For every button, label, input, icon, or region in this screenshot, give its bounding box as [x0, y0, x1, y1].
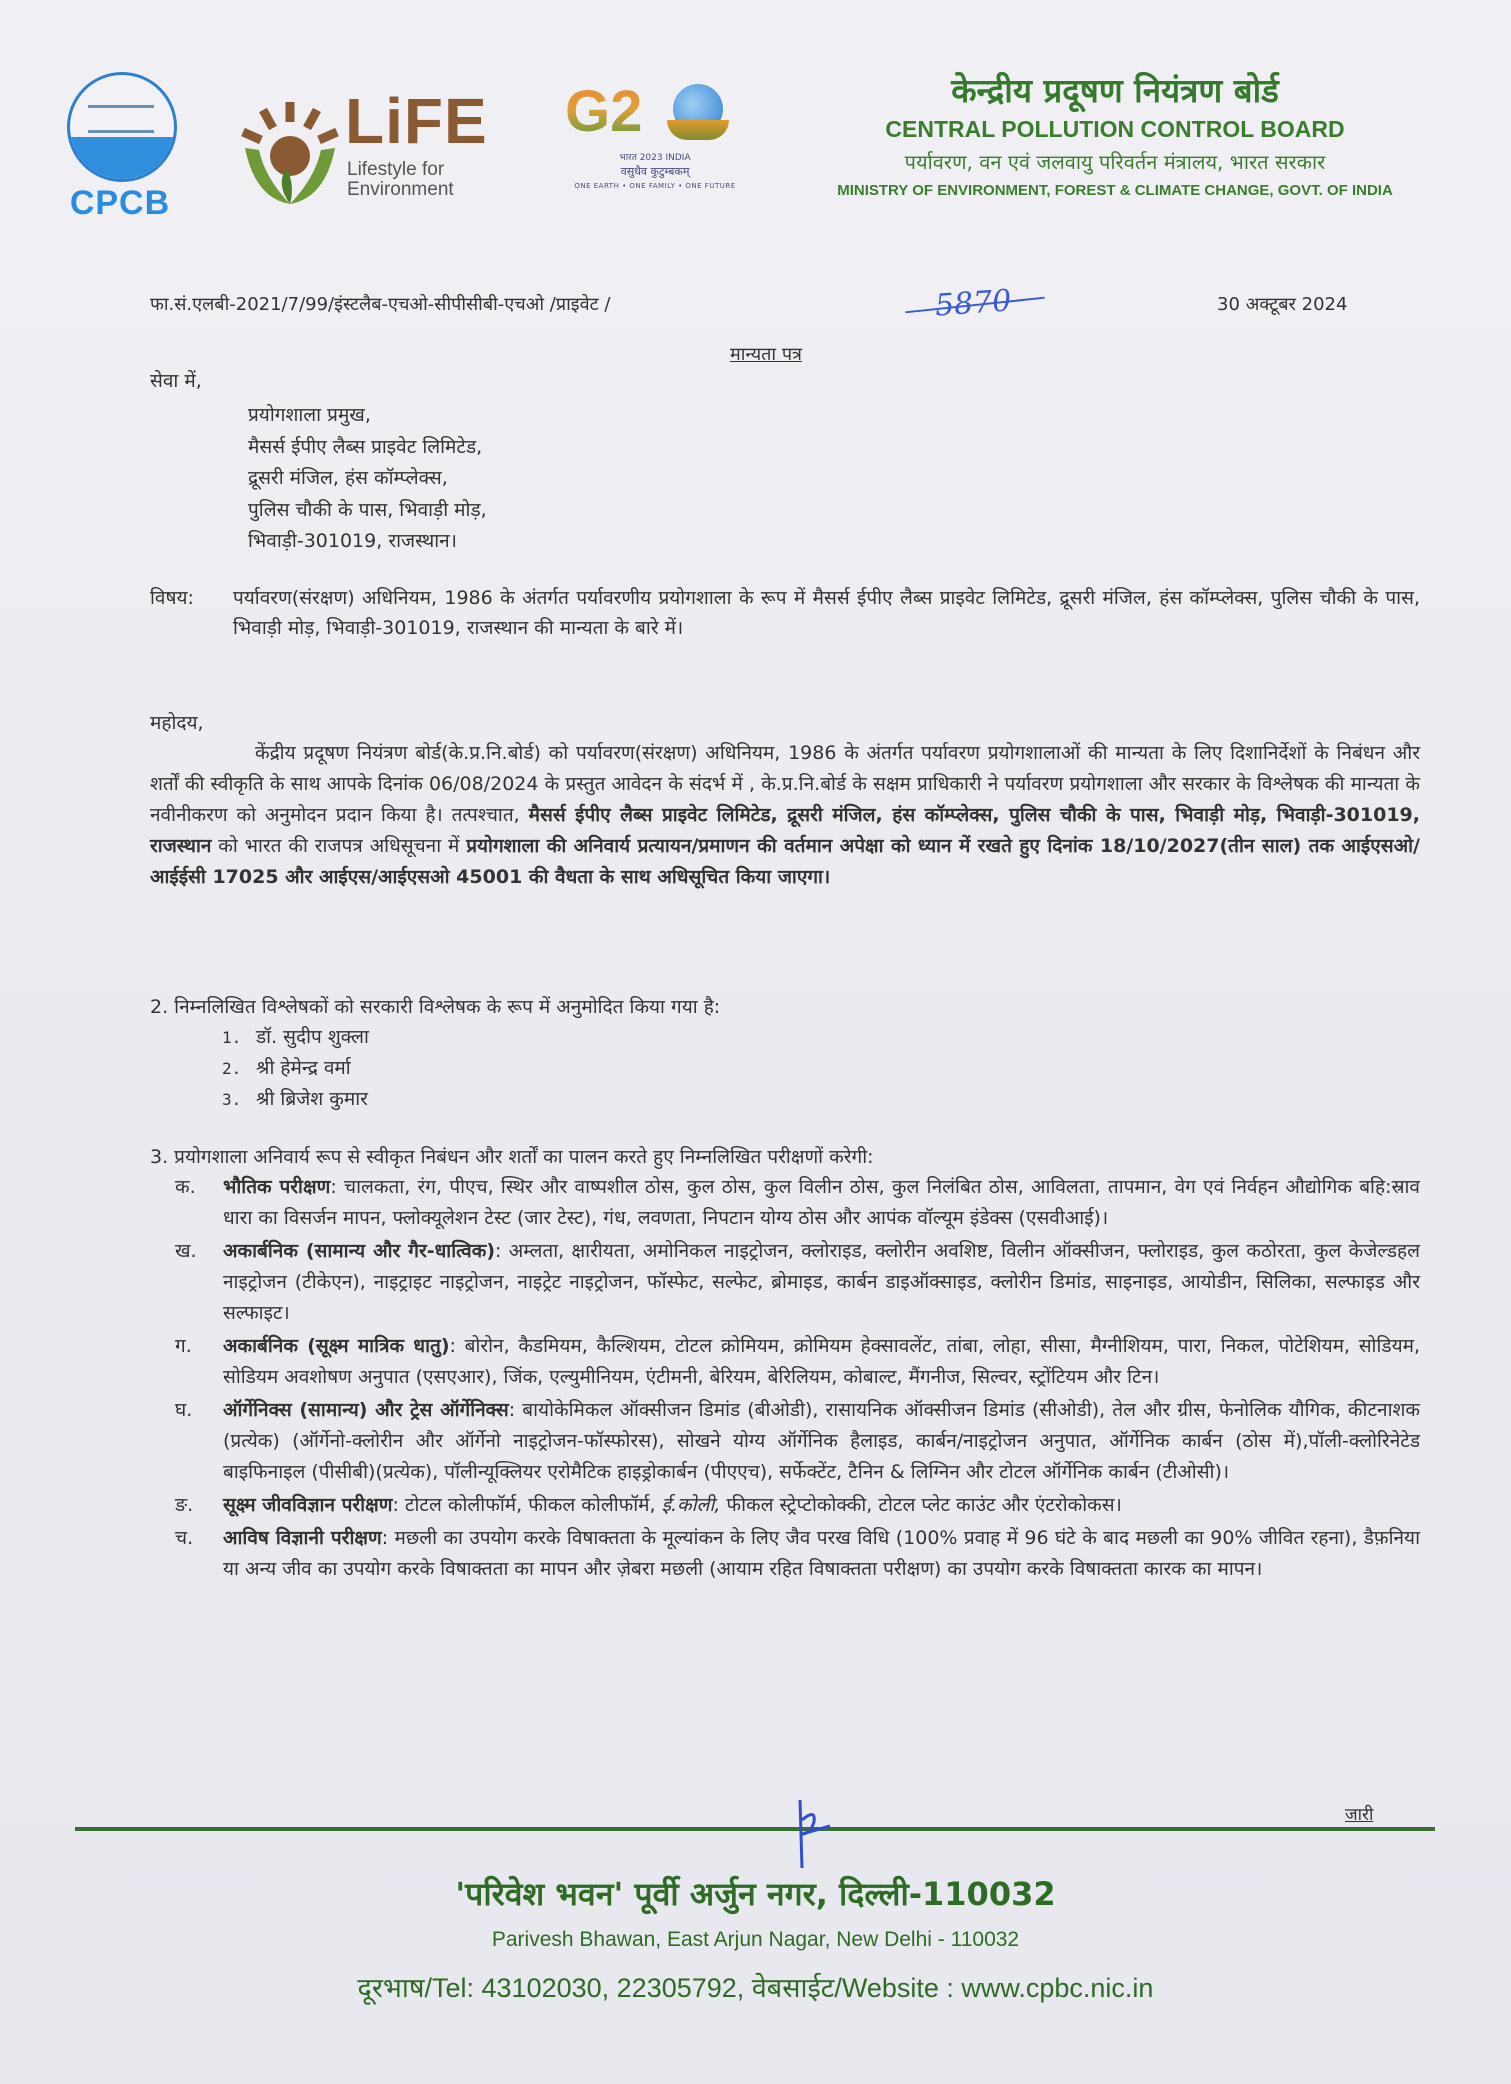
file-reference: फा.सं.एलबी-2021/7/99/इंस्टलैब-एचओ-सीपीसी… [150, 290, 610, 320]
address-line: द्रूसरी मंजिल, हंस कॉम्प्लेक्स, [248, 463, 487, 495]
signature-initial-icon [790, 1800, 840, 1870]
life-logo: LiFE Lifestyle for Environment [225, 78, 505, 208]
address-line: भिवाड़ी-301019, राजस्थान। [248, 526, 487, 558]
cpcb-logo: CPCB [55, 72, 185, 222]
list-item: च.आविष विज्ञानी परीक्षण: मछली का उपयोग क… [175, 1523, 1420, 1585]
list-item: घ.ऑर्गेनिक्स (सामान्य) और ट्रेस ऑर्गेनिक… [175, 1395, 1420, 1488]
greeting: महोदय, [150, 708, 204, 738]
cpcb-seal-icon [67, 72, 177, 182]
g20-tagline-2: वसुधैव कुटुम्बकम् [555, 164, 755, 179]
life-logo-subtitle: Lifestyle for Environment [347, 160, 454, 200]
lotus-icon [667, 120, 729, 140]
address-line: पुलिस चौकी के पास, भिवाड़ी मोड़, [248, 495, 487, 527]
list-item: ग.अकार्बनिक (सूक्ष्म मात्रिक धातु): बोरो… [175, 1331, 1420, 1393]
handwritten-dispatch-number: 5870 [934, 283, 1013, 323]
address-line: मैसर्स ईपीए लैब्स प्राइवेट लिमिटेड, [248, 432, 487, 464]
subject-block: विषय: पर्यावरण(संरक्षण) अधिनियम, 1986 के… [150, 583, 1420, 643]
paragraph-approval: केंद्रीय प्रदूषण नियंत्रण बोर्ड(के.प्र.न… [150, 738, 1420, 893]
organization-header: केन्द्रीय प्रदूषण नियंत्रण बोर्ड CENTRAL… [760, 70, 1470, 204]
org-name-hindi: केन्द्रीय प्रदूषण नियंत्रण बोर्ड [760, 70, 1470, 112]
address-line: प्रयोगशाला प्रमुख, [248, 400, 487, 432]
g20-logo: G2 भारत 2023 INDIA वसुधैव कुटुम्बकम् ONE… [555, 78, 755, 208]
footer-divider [75, 1827, 1435, 1831]
ministry-english: MINISTRY OF ENVIRONMENT, FOREST & CLIMAT… [760, 178, 1470, 204]
sun-leaf-icon [235, 98, 345, 208]
letter-page: CPCB LiFE Lifestyle for Environment G2 भ… [0, 0, 1511, 2084]
continued-marker: जारी [1345, 1800, 1373, 1830]
paragraph-analysts-intro: 2. निम्नलिखित विश्लेषकों को सरकारी विश्ल… [150, 992, 720, 1022]
ministry-hindi: पर्यावरण, वन एवं जलवायु परिवर्तन मंत्राल… [760, 146, 1470, 178]
org-name-english: CENTRAL POLLUTION CONTROL BOARD [760, 112, 1470, 146]
g20-tagline-3: ONE EARTH • ONE FAMILY • ONE FUTURE [555, 182, 755, 190]
list-item: ख.अकार्बनिक (सामान्य और गैर-धात्विक): अम… [175, 1236, 1420, 1329]
footer-address-english: Parivesh Bhawan, East Arjun Nagar, New D… [0, 1928, 1511, 1952]
letter-date: 30 अक्टूबर 2024 [1217, 290, 1347, 320]
list-item: 2.श्री हेमेन्द्र वर्मा [222, 1053, 369, 1084]
life-logo-word: LiFE [345, 84, 488, 158]
list-item: क.भौतिक परीक्षण: चालकता, रंग, पीएच, स्थि… [175, 1172, 1420, 1234]
paragraph-tests-intro: 3. प्रयोगशाला अनिवार्य रूप से स्वीकृत नि… [150, 1142, 874, 1172]
test-list: क.भौतिक परीक्षण: चालकता, रंग, पीएच, स्थि… [175, 1172, 1420, 1587]
list-item: 1.डॉ. सुदीप शुक्ला [222, 1022, 369, 1053]
salutation: सेवा में, [150, 366, 202, 396]
list-item: ङ.सूक्ष्म जीवविज्ञान परीक्षण: टोटल कोलीफ… [175, 1490, 1420, 1521]
letter-title: मान्यता पत्र [730, 340, 802, 370]
footer-contact: दूरभाष/Tel: 43102030, 22305792, वेबसाईट/… [0, 1968, 1511, 2005]
analyst-list: 1.डॉ. सुदीप शुक्ला 2.श्री हेमेन्द्र वर्म… [222, 1022, 369, 1115]
g20-tagline-1: भारत 2023 INDIA [555, 150, 755, 163]
subject-label: विषय: [150, 583, 194, 613]
g20-logo-word: G2 [565, 78, 642, 145]
cpcb-logo-text: CPCB [55, 184, 185, 223]
list-item: 3.श्री ब्रिजेश कुमार [222, 1084, 369, 1115]
subject-text: पर्यावरण(संरक्षण) अधिनियम, 1986 के अंतर्… [233, 583, 1420, 643]
footer-address-hindi: 'परिवेश भवन' पूर्वी अर्जुन नगर, दिल्ली-1… [0, 1872, 1511, 1915]
recipient-address: प्रयोगशाला प्रमुख, मैसर्स ईपीए लैब्स प्र… [248, 400, 487, 558]
